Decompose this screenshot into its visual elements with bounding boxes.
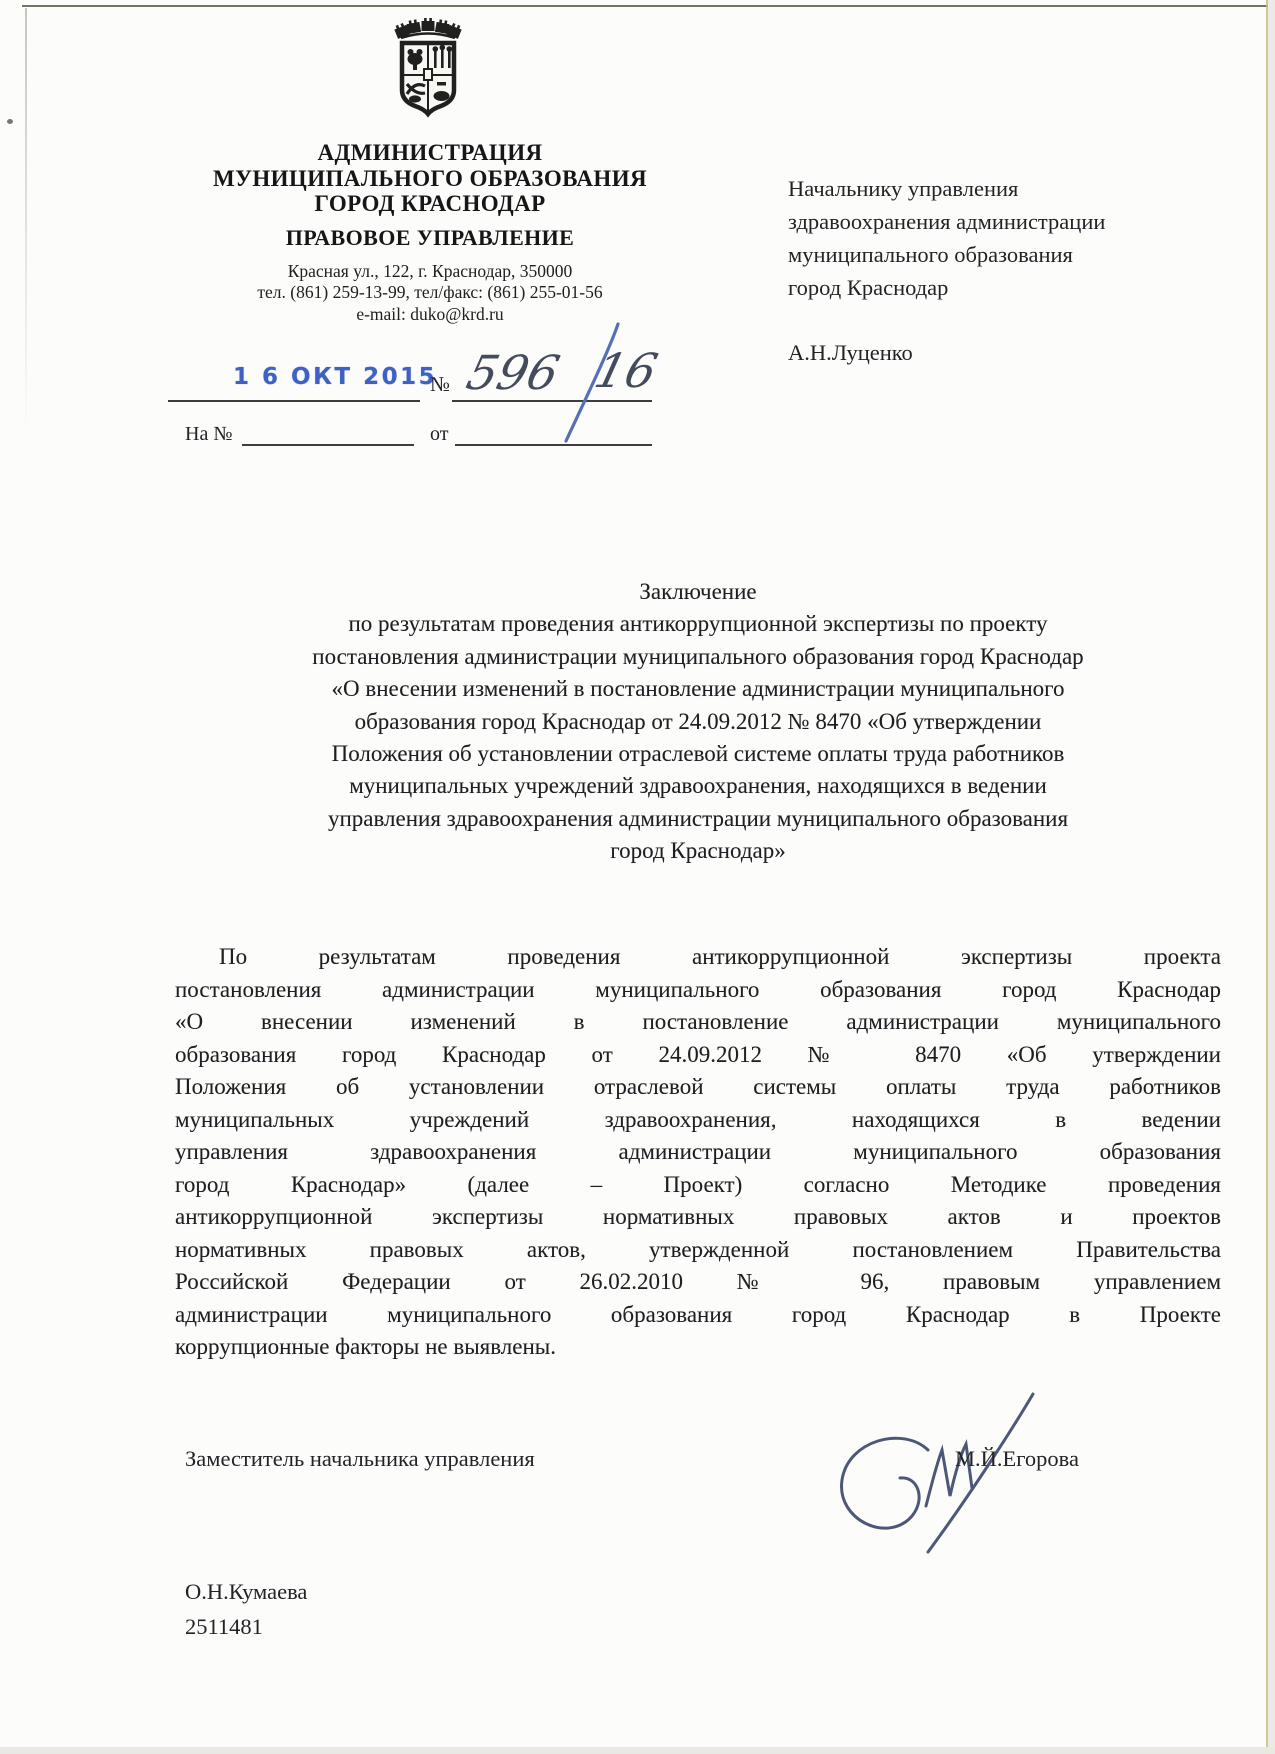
- scan-speck: [7, 119, 13, 124]
- title-line: город Краснодар»: [175, 835, 1221, 867]
- addressee-block: Начальнику управления здравоохранения ад…: [788, 172, 1118, 304]
- address-line: e-mail: duko@krd.ru: [150, 304, 710, 326]
- addressee-line: город Краснодар: [788, 271, 1118, 304]
- page-edge-shadow: [0, 1747, 1275, 1754]
- title-line: «О внесении изменений в постановление ад…: [175, 673, 1221, 705]
- number-label: №: [430, 372, 450, 397]
- body-line: коррупционные факторы не выявлены.: [175, 1331, 1221, 1364]
- body-line: Российской Федерации от 26.02.2010 № 96,…: [175, 1266, 1221, 1299]
- body-line: «О внесении изменений в постановление ад…: [175, 1006, 1221, 1039]
- reply-number-label: На №: [185, 423, 232, 446]
- title-line: по результатам проведения антикоррупцион…: [175, 608, 1221, 640]
- reply-date-label: от: [430, 423, 448, 446]
- title-line: Положения об установлении отраслевой сис…: [175, 738, 1221, 770]
- executor-phone: 2511481: [185, 1609, 307, 1644]
- signatory-name: М.Й.Егорова: [955, 1446, 1079, 1472]
- body-line: город Краснодар» (далее – Проект) соглас…: [175, 1169, 1221, 1202]
- handwritten-slash-icon: [548, 320, 623, 445]
- page-edge-shadow: [1268, 0, 1275, 1754]
- body-line: администрации муниципального образования…: [175, 1299, 1221, 1332]
- addressee-line: Начальнику управления: [788, 172, 1118, 205]
- addressee-line: муниципального образования: [788, 238, 1118, 271]
- title-line: образования город Краснодар от 24.09.201…: [175, 706, 1221, 738]
- body-paragraph: По результатам проведения антикоррупцион…: [175, 941, 1221, 1364]
- addressee-name: А.Н.Луценко: [788, 340, 913, 366]
- handwritten-signature-icon: [808, 1388, 1058, 1558]
- scan-edge-artifact: [25, 8, 27, 438]
- body-line: Положения об установлении отраслевой сис…: [175, 1071, 1221, 1104]
- body-line: муниципальных учреждений здравоохранения…: [175, 1104, 1221, 1137]
- scanned-letter-page: АДМИНИСТРАЦИЯ МУНИЦИПАЛЬНОГО ОБРАЗОВАНИЯ…: [0, 0, 1275, 1754]
- date-underline: [168, 400, 420, 402]
- title-line: постановления администрации муниципально…: [175, 641, 1221, 673]
- title-line: управления здравоохранения администрации…: [175, 803, 1221, 835]
- executor-block: О.Н.Кумаева 2511481: [185, 1574, 307, 1644]
- org-name-line: ГОРОД КРАСНОДАР: [150, 191, 710, 217]
- department-name: ПРАВОВОЕ УПРАВЛЕНИЕ: [150, 225, 710, 251]
- body-line: нормативных правовых актов, утвержденной…: [175, 1234, 1221, 1267]
- org-name-line: МУНИЦИПАЛЬНОГО ОБРАЗОВАНИЯ: [150, 166, 710, 192]
- title-line: муниципальных учреждений здравоохранения…: [175, 770, 1221, 802]
- body-line: постановления администрации муниципально…: [175, 974, 1221, 1007]
- coat-of-arms-icon: [394, 18, 462, 118]
- reply-number-underline: [242, 444, 414, 446]
- address-line: тел. (861) 259-13-99, тел/факс: (861) 25…: [150, 282, 710, 304]
- date-stamp: 1 6 ОКТ 2015: [233, 364, 437, 390]
- address-line: Красная ул., 122, г. Краснодар, 350000: [150, 261, 710, 283]
- executor-name: О.Н.Кумаева: [185, 1574, 307, 1609]
- org-address: Красная ул., 122, г. Краснодар, 350000 т…: [150, 261, 710, 326]
- signatory-position: Заместитель начальника управления: [185, 1446, 535, 1472]
- body-line: По результатам проведения антикоррупцион…: [175, 941, 1221, 974]
- document-title: Заключение по результатам проведения ант…: [175, 576, 1221, 868]
- body-line: образования город Краснодар от 24.09.201…: [175, 1039, 1221, 1072]
- addressee-line: здравоохранения администрации: [788, 205, 1118, 238]
- title-heading: Заключение: [175, 576, 1221, 608]
- scan-edge-artifact: [22, 5, 1275, 7]
- body-line: управления здравоохранения администрации…: [175, 1136, 1221, 1169]
- org-name-line: АДМИНИСТРАЦИЯ: [150, 140, 710, 166]
- letterhead: АДМИНИСТРАЦИЯ МУНИЦИПАЛЬНОГО ОБРАЗОВАНИЯ…: [150, 140, 710, 325]
- reply-date-underline: [455, 444, 652, 446]
- body-line: антикоррупционной экспертизы нормативных…: [175, 1201, 1221, 1234]
